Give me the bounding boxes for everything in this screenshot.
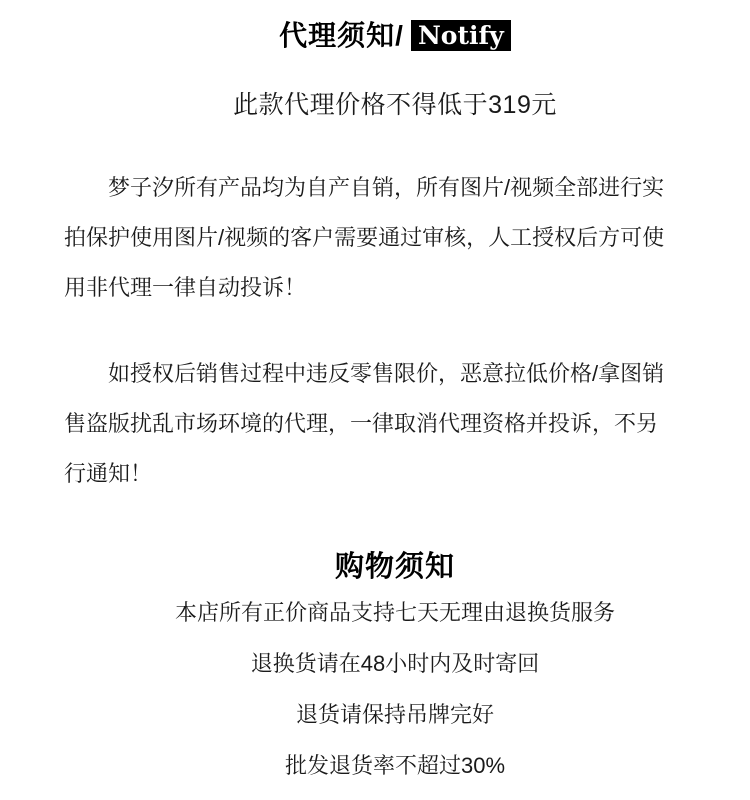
page-title: 代理须知/Notify bbox=[40, 16, 750, 56]
shopping-notice-line-return-policy: 本店所有正价商品支持七天无理由退换货服务 bbox=[40, 587, 750, 638]
shopping-notice-line-48h: 退换货请在48小时内及时寄回 bbox=[40, 638, 750, 689]
page-title-zh: 代理须知/ bbox=[279, 20, 404, 51]
agent-notice-paragraph-2: 如授权后销售过程中违反零售限价，恶意拉低价格/拿图销售盗版扰乱市场环境的代理，一… bbox=[64, 349, 674, 499]
notify-highlight-badge: Notify bbox=[411, 20, 511, 51]
shopping-notice-list: 本店所有正价商品支持七天无理由退换货服务 退换货请在48小时内及时寄回 退货请保… bbox=[40, 587, 750, 791]
shopping-notice-heading: 购物须知 bbox=[40, 547, 750, 587]
price-floor-notice: 此款代理价格不得低于319元 bbox=[40, 88, 750, 122]
shopping-notice-line-wholesale-rate: 批发退货率不超过30% bbox=[40, 740, 750, 791]
shopping-notice-line-tags: 退货请保持吊牌完好 bbox=[40, 689, 750, 740]
notice-page: 代理须知/Notify 此款代理价格不得低于319元 梦子汐所有产品均为自产自销… bbox=[0, 0, 750, 800]
agent-notice-paragraph-1: 梦子汐所有产品均为自产自销，所有图片/视频全部进行实拍保护使用图片/视频的客户需… bbox=[64, 163, 674, 313]
